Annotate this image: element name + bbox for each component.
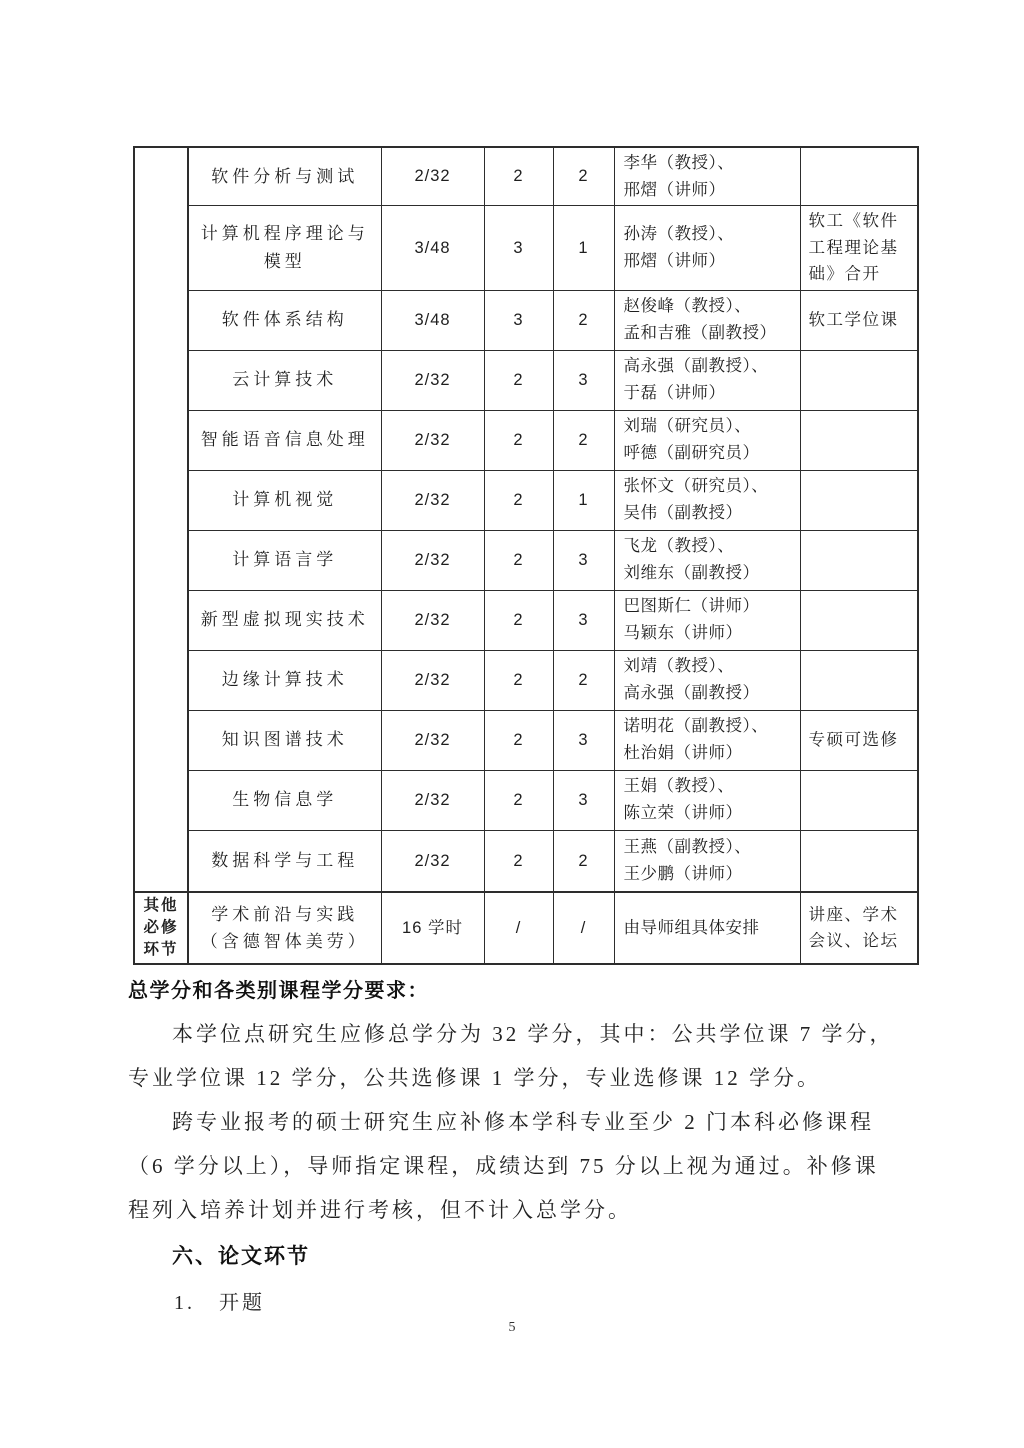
credits-cell: 2	[484, 147, 553, 206]
credits-cell: 2	[484, 710, 553, 770]
table-row: 计算语言学 2/32 2 3 飞龙（教授）、 刘维东（副教授）	[134, 530, 918, 590]
teachers-cell: 李华（教授）、 邢熠（讲师）	[614, 147, 800, 206]
teachers-cell: 王燕（副教授）、 王少鹏（讲师）	[614, 830, 800, 892]
note-cell: 软工《软件 工程理论基 础》合开	[800, 206, 918, 290]
hours-cell: 2/32	[381, 350, 484, 410]
credits-cell: 2	[484, 770, 553, 830]
table-row: 软件体系结构 3/48 3 2 赵俊峰（教授）、 孟和吉雅（副教授） 软工学位课	[134, 290, 918, 350]
note-cell	[800, 410, 918, 470]
note-cell: 专硕可选修	[800, 710, 918, 770]
category-cell: 其他 必修 环节	[134, 892, 188, 964]
thesis-item-opening: 1. 开题	[174, 1286, 265, 1315]
note-cell	[800, 830, 918, 892]
makeup-courses-paragraph: 跨专业报考的硕士研究生应补修本学科专业至少 2 门本科必修课程 （6 学分以上）…	[128, 1100, 922, 1232]
course-name-cell: 软件体系结构	[188, 290, 381, 350]
teachers-cell: 飞龙（教授）、 刘维东（副教授）	[614, 530, 800, 590]
note-cell	[800, 470, 918, 530]
note-cell	[800, 770, 918, 830]
credits-cell: 3	[484, 206, 553, 290]
hours-cell: 2/32	[381, 530, 484, 590]
note-cell	[800, 650, 918, 710]
hours-cell: 2/32	[381, 710, 484, 770]
page-number: 5	[0, 1320, 1024, 1336]
credits-requirements-heading: 总学分和各类别课程学分要求：	[128, 974, 429, 1003]
teachers-cell: 巴图斯仁（讲师） 马颖东（讲师）	[614, 590, 800, 650]
course-name-cell: 边缘计算技术	[188, 650, 381, 710]
teachers-cell: 赵俊峰（教授）、 孟和吉雅（副教授）	[614, 290, 800, 350]
table-row: 生物信息学 2/32 2 3 王娟（教授）、 陈立荣（讲师）	[134, 770, 918, 830]
category-cell	[134, 147, 188, 892]
course-name-cell: 云计算技术	[188, 350, 381, 410]
term-cell: /	[553, 892, 614, 964]
credits-cell: 2	[484, 650, 553, 710]
course-name-cell: 新型虚拟现实技术	[188, 590, 381, 650]
table-row: 智能语音信息处理 2/32 2 2 刘瑞（研究员）、 呼德（副研究员）	[134, 410, 918, 470]
course-name-cell: 学术前沿与实践 （含德智体美劳）	[188, 892, 381, 964]
teachers-cell: 由导师组具体安排	[614, 892, 800, 964]
term-cell: 1	[553, 206, 614, 290]
table-row: 其他 必修 环节 学术前沿与实践 （含德智体美劳） 16 学时 / / 由导师组…	[134, 892, 918, 964]
credits-cell: 2	[484, 590, 553, 650]
teachers-cell: 诺明花（副教授）、 杜治娟（讲师）	[614, 710, 800, 770]
hours-cell: 2/32	[381, 470, 484, 530]
course-name-cell: 计算机程序理论与 模型	[188, 206, 381, 290]
table-row: 软件分析与测试 2/32 2 2 李华（教授）、 邢熠（讲师）	[134, 147, 918, 206]
course-name-cell: 软件分析与测试	[188, 147, 381, 206]
credits-cell: 2	[484, 470, 553, 530]
note-cell	[800, 590, 918, 650]
note-cell: 讲座、学术 会议、论坛	[800, 892, 918, 964]
term-cell: 3	[553, 710, 614, 770]
hours-cell: 2/32	[381, 410, 484, 470]
term-cell: 3	[553, 530, 614, 590]
note-cell: 软工学位课	[800, 290, 918, 350]
note-cell	[800, 530, 918, 590]
hours-cell: 2/32	[381, 830, 484, 892]
course-name-cell: 知识图谱技术	[188, 710, 381, 770]
term-cell: 3	[553, 770, 614, 830]
credits-cell: 2	[484, 530, 553, 590]
table-row: 计算机视觉 2/32 2 1 张怀文（研究员）、 吴伟（副教授）	[134, 470, 918, 530]
term-cell: 2	[553, 830, 614, 892]
table-row: 知识图谱技术 2/32 2 3 诺明花（副教授）、 杜治娟（讲师） 专硕可选修	[134, 710, 918, 770]
teachers-cell: 张怀文（研究员）、 吴伟（副教授）	[614, 470, 800, 530]
course-name-cell: 数据科学与工程	[188, 830, 381, 892]
credits-cell: /	[484, 892, 553, 964]
hours-cell: 2/32	[381, 147, 484, 206]
table-row: 新型虚拟现实技术 2/32 2 3 巴图斯仁（讲师） 马颖东（讲师）	[134, 590, 918, 650]
course-name-cell: 智能语音信息处理	[188, 410, 381, 470]
course-table: 软件分析与测试 2/32 2 2 李华（教授）、 邢熠（讲师） 计算机程序理论与…	[133, 146, 919, 965]
course-name-cell: 计算机视觉	[188, 470, 381, 530]
course-name-cell: 生物信息学	[188, 770, 381, 830]
term-cell: 1	[553, 470, 614, 530]
term-cell: 3	[553, 350, 614, 410]
teachers-cell: 高永强（副教授）、 于磊（讲师）	[614, 350, 800, 410]
teachers-cell: 刘靖（教授）、 高永强（副教授）	[614, 650, 800, 710]
hours-cell: 2/32	[381, 590, 484, 650]
term-cell: 2	[553, 147, 614, 206]
hours-cell: 2/32	[381, 650, 484, 710]
teachers-cell: 刘瑞（研究员）、 呼德（副研究员）	[614, 410, 800, 470]
thesis-section-heading: 六、论文环节	[172, 1240, 310, 1270]
note-cell	[800, 350, 918, 410]
teachers-cell: 王娟（教授）、 陈立荣（讲师）	[614, 770, 800, 830]
credits-cell: 2	[484, 410, 553, 470]
hours-cell: 3/48	[381, 206, 484, 290]
teachers-cell: 孙涛（教授）、 邢熠（讲师）	[614, 206, 800, 290]
table-row: 计算机程序理论与 模型 3/48 3 1 孙涛（教授）、 邢熠（讲师） 软工《软…	[134, 206, 918, 290]
course-name-cell: 计算语言学	[188, 530, 381, 590]
hours-cell: 16 学时	[381, 892, 484, 964]
total-credits-paragraph: 本学位点研究生应修总学分为 32 学分，其中：公共学位课 7 学分， 专业学位课…	[128, 1012, 922, 1100]
note-cell	[800, 147, 918, 206]
table-row: 云计算技术 2/32 2 3 高永强（副教授）、 于磊（讲师）	[134, 350, 918, 410]
table-row: 边缘计算技术 2/32 2 2 刘靖（教授）、 高永强（副教授）	[134, 650, 918, 710]
term-cell: 2	[553, 650, 614, 710]
hours-cell: 2/32	[381, 770, 484, 830]
credits-cell: 2	[484, 350, 553, 410]
term-cell: 2	[553, 290, 614, 350]
credits-cell: 2	[484, 830, 553, 892]
table-row: 数据科学与工程 2/32 2 2 王燕（副教授）、 王少鹏（讲师）	[134, 830, 918, 892]
term-cell: 3	[553, 590, 614, 650]
hours-cell: 3/48	[381, 290, 484, 350]
document-page: 软件分析与测试 2/32 2 2 李华（教授）、 邢熠（讲师） 计算机程序理论与…	[0, 0, 1024, 1448]
term-cell: 2	[553, 410, 614, 470]
credits-cell: 3	[484, 290, 553, 350]
